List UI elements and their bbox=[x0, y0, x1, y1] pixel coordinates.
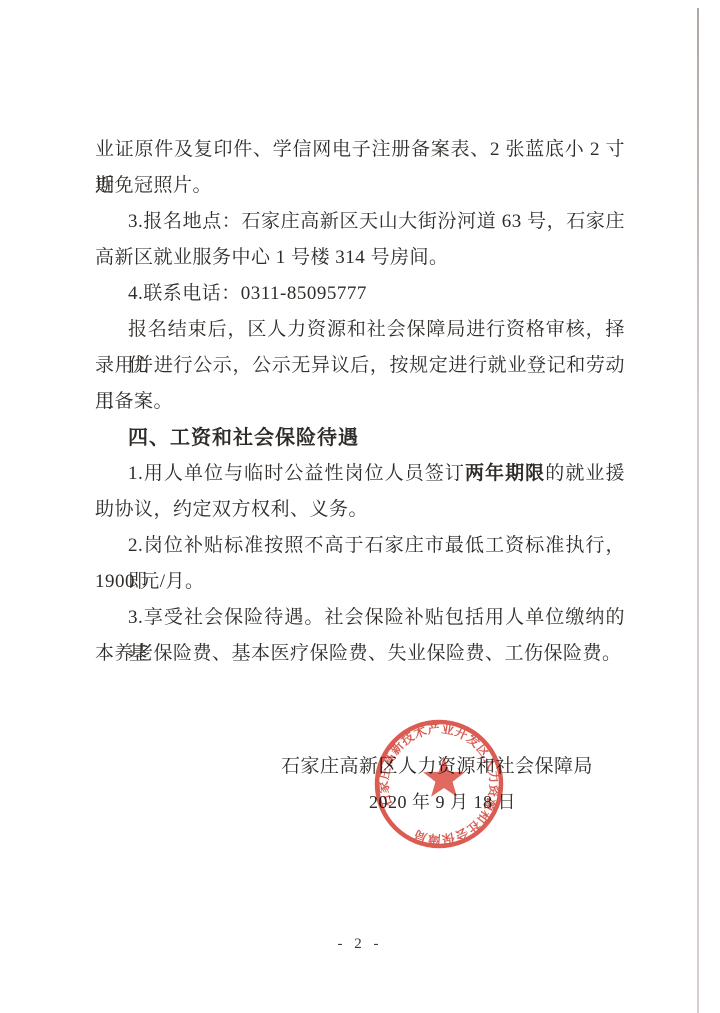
document-line: 1900 元/月。 bbox=[95, 564, 625, 600]
document-line: 报名结束后，区人力资源和社会保障局进行资格审核，择优 bbox=[95, 312, 625, 348]
document-line: 四、工资和社会保险待遇 bbox=[95, 420, 625, 456]
official-seal: 石家庄高新技术产业开发区人力资源和社会保障局 bbox=[372, 717, 506, 851]
document-line: 业证原件及复印件、学信网电子注册备案表、2 张蓝底小 2 寸近 bbox=[95, 132, 625, 168]
document-line: 本养老保险费、基本医疗保险费、失业保险费、工伤保险费。 bbox=[95, 636, 625, 672]
document-line: 1.用人单位与临时公益性岗位人员签订两年期限的就业援 bbox=[95, 456, 625, 492]
document-line: 高新区就业服务中心 1 号楼 314 号房间。 bbox=[95, 240, 625, 276]
document-line: 助协议，约定双方权利、义务。 bbox=[95, 492, 625, 528]
document-line-segment: 期免冠照片。 bbox=[95, 175, 212, 196]
document-line: 工备案。 bbox=[95, 384, 625, 420]
document-line-segment: 1900 元/月。 bbox=[95, 571, 205, 592]
document-line-segment: 工备案。 bbox=[95, 391, 173, 412]
document-line: 录用并进行公示，公示无异议后，按规定进行就业登记和劳动用 bbox=[95, 348, 625, 384]
document-line-bold-segment: 两年期限 bbox=[465, 463, 545, 484]
document-line-segment: 高新区就业服务中心 1 号楼 314 号房间。 bbox=[95, 247, 449, 268]
document-line: 期免冠照片。 bbox=[95, 168, 625, 204]
document-line-segment: 助协议，约定双方权利、义务。 bbox=[95, 499, 368, 520]
document-body: 业证原件及复印件、学信网电子注册备案表、2 张蓝底小 2 寸近期免冠照片。3.报… bbox=[95, 132, 625, 672]
seal-star-icon bbox=[423, 757, 465, 797]
document-line: 2.岗位补贴标准按照不高于石家庄市最低工资标准执行，即 bbox=[95, 528, 625, 564]
document-line: 3.享受社会保险待遇。社会保险补贴包括用人单位缴纳的基 bbox=[95, 600, 625, 636]
document-line-segment: 4.联系电话：0311-85095777 bbox=[128, 283, 367, 304]
document-line-bold-segment: 四、工资和社会保险待遇 bbox=[128, 427, 359, 449]
document-line-segment: 的就业援 bbox=[545, 463, 625, 484]
page-number: - 2 - bbox=[0, 936, 720, 953]
document-line: 3.报名地点：石家庄高新区天山大街汾河道 63 号，石家庄 bbox=[95, 204, 625, 240]
document-line-segment: 3.报名地点：石家庄高新区天山大街汾河道 63 号，石家庄 bbox=[128, 211, 625, 232]
document-line-segment: 本养老保险费、基本医疗保险费、失业保险费、工伤保险费。 bbox=[95, 643, 622, 664]
scanned-document-page: 业证原件及复印件、学信网电子注册备案表、2 张蓝底小 2 寸近期免冠照片。3.报… bbox=[0, 0, 720, 1013]
scan-edge-line bbox=[697, 8, 699, 1013]
document-line-segment: 1.用人单位与临时公益性岗位人员签订 bbox=[128, 463, 465, 484]
document-line: 4.联系电话：0311-85095777 bbox=[95, 276, 625, 312]
